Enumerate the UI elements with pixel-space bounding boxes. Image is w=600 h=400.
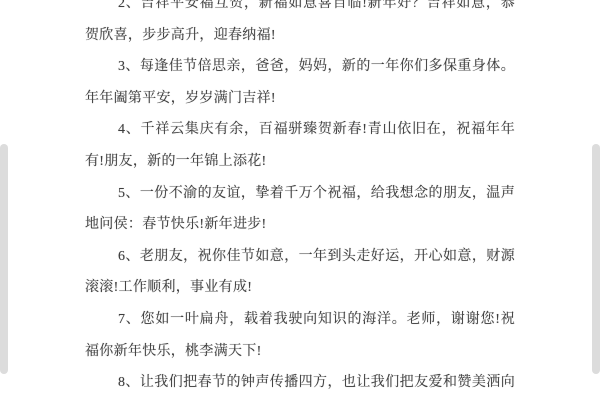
- text-line-item2-end: 贺欣喜，步步高升，迎春纳福!: [85, 20, 515, 52]
- text-line-item4-end: 有!朋友，新的一年锦上添花!: [85, 146, 515, 178]
- page-edge-bar-right: [592, 144, 600, 374]
- document-page: 2、吉祥平安福互贺，新福如意喜自临!新年好？吉祥如意，恭 贺欣喜，步步高升，迎春…: [0, 0, 600, 400]
- text-line-item5-end: 地问侯：春节快乐!新年进步!: [85, 209, 515, 241]
- text-line-item8-start: 8、让我们把春节的钟声传播四方，也让我们把友爱和赞美洒向: [85, 367, 515, 399]
- text-line-item3-start: 3、每逢佳节倍思亲，爸爸，妈妈，新的一年你们多保重身体。: [85, 51, 515, 83]
- greetings-text-block: 2、吉祥平安福互贺，新福如意喜自临!新年好？吉祥如意，恭 贺欣喜，步步高升，迎春…: [85, 0, 515, 399]
- text-line-item7-start: 7、您如一叶扁舟，载着我驶向知识的海洋。老师，谢谢您!祝: [85, 304, 515, 336]
- text-line-item2-start-clipped: 2、吉祥平安福互贺，新福如意喜自临!新年好？吉祥如意，恭: [85, 0, 515, 20]
- text-line-item6-end: 滚滚!工作顺利，事业有成!: [85, 272, 515, 304]
- page-edge-bar-left: [0, 144, 8, 374]
- text-line-item4-start: 4、千祥云集庆有余，百福骈臻贺新春!青山依旧在，祝福年年: [85, 114, 515, 146]
- text-line-item5-start: 5、一份不渝的友谊，挚着千万个祝福，给我想念的朋友，温声: [85, 178, 515, 210]
- text-line-item3-end: 年年阖第平安，岁岁满门吉祥!: [85, 83, 515, 115]
- text-line-item7-end: 福你新年快乐，桃李满天下!: [85, 336, 515, 368]
- text-line-item6-start: 6、老朋友，祝你佳节如意，一年到头走好运，开心如意，财源: [85, 241, 515, 273]
